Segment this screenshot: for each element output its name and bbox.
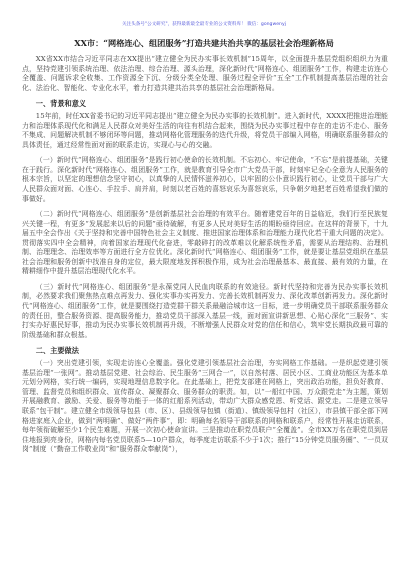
paragraph-point-3: （三）新时代“网格连心、组团服务”是永葆党同人民血肉联系的有效途径。新时代坚持和… <box>22 283 388 340</box>
document-body: XX省XX市结合习近平同志在XX提出“建立健全为民办实事长效机制”15周年，以全… <box>22 55 388 455</box>
paragraph-point-2: （二）新时代“网格连心、组团服务”是创新基层社会治理的有效平台。随着建党百年的日… <box>22 210 388 277</box>
intro-paragraph: XX省XX市结合习近平同志在XX提出“建立健全为民办实事长效机制”15周年，以全… <box>22 55 388 93</box>
paragraph-practice-1: （一）突出党建引领，实现走访连心全覆盖。强化党建引领基层社会治理，夯实网格工作基… <box>22 359 388 454</box>
section-heading-practices: 二、主要做法 <box>22 346 388 356</box>
section-heading-background: 一、背景和意义 <box>22 99 388 109</box>
paragraph-point-1: （一）新时代“网格连心、组团服务”是践行初心使命的长效机制。不忘初心、牢记使命，… <box>22 156 388 204</box>
promo-banner: 关注头条号"公文研究"，获得最新最全最专业的公文资料库！ 微信：gongweny… <box>0 21 408 28</box>
document-title: XX市：“网格连心、组团服务”打造共建共治共享的基层社会治理新格局 <box>0 38 408 49</box>
paragraph-background: 15年前，时任XX省委书记的习近平同志提出“建立健全为民办实事的长效机制”。进入… <box>22 112 388 150</box>
